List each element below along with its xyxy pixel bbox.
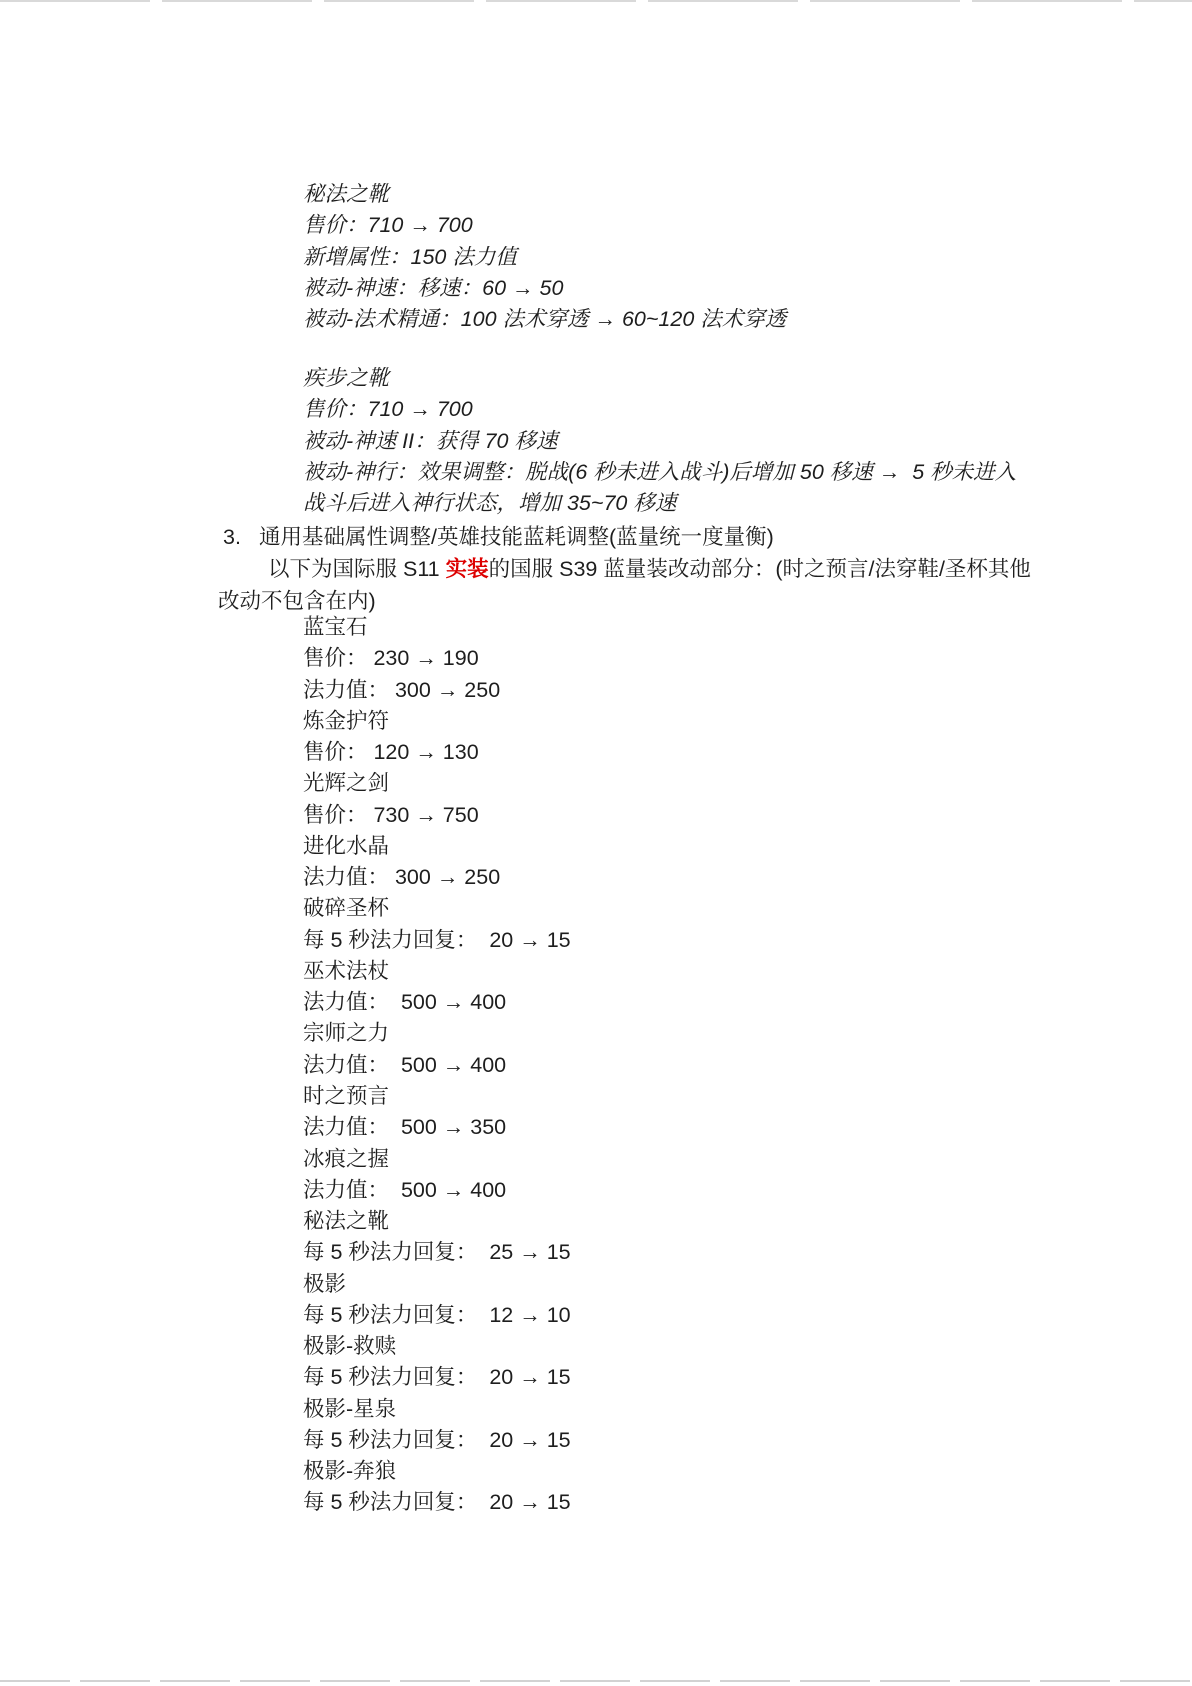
- item-change-list: 蓝宝石 售价： 230 → 190 法力值： 300 → 250 炼金护符 售价…: [303, 612, 571, 1519]
- item-title: 蓝宝石: [303, 612, 571, 643]
- paragraph-line-2: 改动不包含在内): [218, 584, 376, 615]
- stat-line: 被动-神速 II：获得 70 移速: [303, 426, 1016, 457]
- stat-line: 每 5 秒法力回复： 25 → 15: [303, 1237, 571, 1268]
- document-page: 秘法之靴 售价：710 → 700 新增属性：150 法力值 被动-神速：移速：…: [0, 0, 1192, 1686]
- item-block-arcane-boots: 秘法之靴 售价：710 → 700 新增属性：150 法力值 被动-神速：移速：…: [303, 179, 786, 335]
- stat-line: 每 5 秒法力回复： 20 → 15: [303, 1487, 571, 1518]
- numbered-heading: 3.通用基础属性调整/英雄技能蓝耗调整(蓝量统一度量衡): [223, 520, 774, 551]
- page-top-boundary: [0, 0, 1192, 2]
- item-title: 疾步之靴: [303, 363, 1016, 394]
- stat-line: 被动-神行：效果调整：脱战(6 秒未进入战斗)后增加 50 移速 → 5 秒未进…: [303, 457, 1016, 488]
- heading-text: 通用基础属性调整/英雄技能蓝耗调整(蓝量统一度量衡): [259, 525, 774, 549]
- stat-line: 法力值： 500 → 400: [303, 987, 571, 1018]
- paragraph-text: 以下为国际服 S11: [268, 557, 446, 581]
- stat-line: 售价：710 → 700: [303, 210, 786, 241]
- item-title: 极影: [303, 1269, 571, 1300]
- stat-line: 法力值： 500 → 400: [303, 1050, 571, 1081]
- item-title: 进化水晶: [303, 831, 571, 862]
- stat-line: 售价： 730 → 750: [303, 800, 571, 831]
- stat-line: 新增属性：150 法力值: [303, 242, 786, 273]
- stat-line: 每 5 秒法力回复： 20 → 15: [303, 1425, 571, 1456]
- item-title: 炼金护符: [303, 706, 571, 737]
- stat-line: 法力值： 500 → 350: [303, 1112, 571, 1143]
- item-title: 极影-奔狼: [303, 1456, 571, 1487]
- stat-line: 每 5 秒法力回复： 20 → 15: [303, 1362, 571, 1393]
- page-bottom-boundary: [0, 1680, 1192, 1682]
- item-title: 秘法之靴: [303, 1206, 571, 1237]
- paragraph-text: 的国服 S39 蓝量装改动部分：(时之预言/法穿鞋/圣杯其他: [489, 557, 1031, 581]
- stat-line: 售价：710 → 700: [303, 394, 1016, 425]
- stat-line: 每 5 秒法力回复： 20 → 15: [303, 925, 571, 956]
- item-title: 冰痕之握: [303, 1144, 571, 1175]
- stat-line: 法力值： 500 → 400: [303, 1175, 571, 1206]
- stat-line-wrap: 战斗后进入神行状态，增加 35~70 移速: [303, 488, 1016, 519]
- stat-line: 法力值： 300 → 250: [303, 675, 571, 706]
- item-title: 极影-救赎: [303, 1331, 571, 1362]
- stat-line: 被动-法术精通：100 法术穿透 → 60~120 法术穿透: [303, 304, 786, 335]
- stat-line: 法力值： 300 → 250: [303, 862, 571, 893]
- stat-line: 售价： 120 → 130: [303, 737, 571, 768]
- item-title: 时之预言: [303, 1081, 571, 1112]
- stat-line: 被动-神速：移速：60 → 50: [303, 273, 786, 304]
- highlighted-text: 实装: [446, 557, 489, 581]
- item-title: 光辉之剑: [303, 768, 571, 799]
- item-block-swift-boots: 疾步之靴 售价：710 → 700 被动-神速 II：获得 70 移速 被动-神…: [303, 363, 1016, 519]
- item-title: 巫术法杖: [303, 956, 571, 987]
- paragraph-line-1: 以下为国际服 S11 实装的国服 S39 蓝量装改动部分：(时之预言/法穿鞋/圣…: [268, 552, 1031, 583]
- heading-number: 3.: [223, 525, 259, 550]
- stat-line: 每 5 秒法力回复： 12 → 10: [303, 1300, 571, 1331]
- stat-line: 售价： 230 → 190: [303, 643, 571, 674]
- item-title: 宗师之力: [303, 1018, 571, 1049]
- item-title: 极影-星泉: [303, 1394, 571, 1425]
- item-title: 秘法之靴: [303, 179, 786, 210]
- item-title: 破碎圣杯: [303, 893, 571, 924]
